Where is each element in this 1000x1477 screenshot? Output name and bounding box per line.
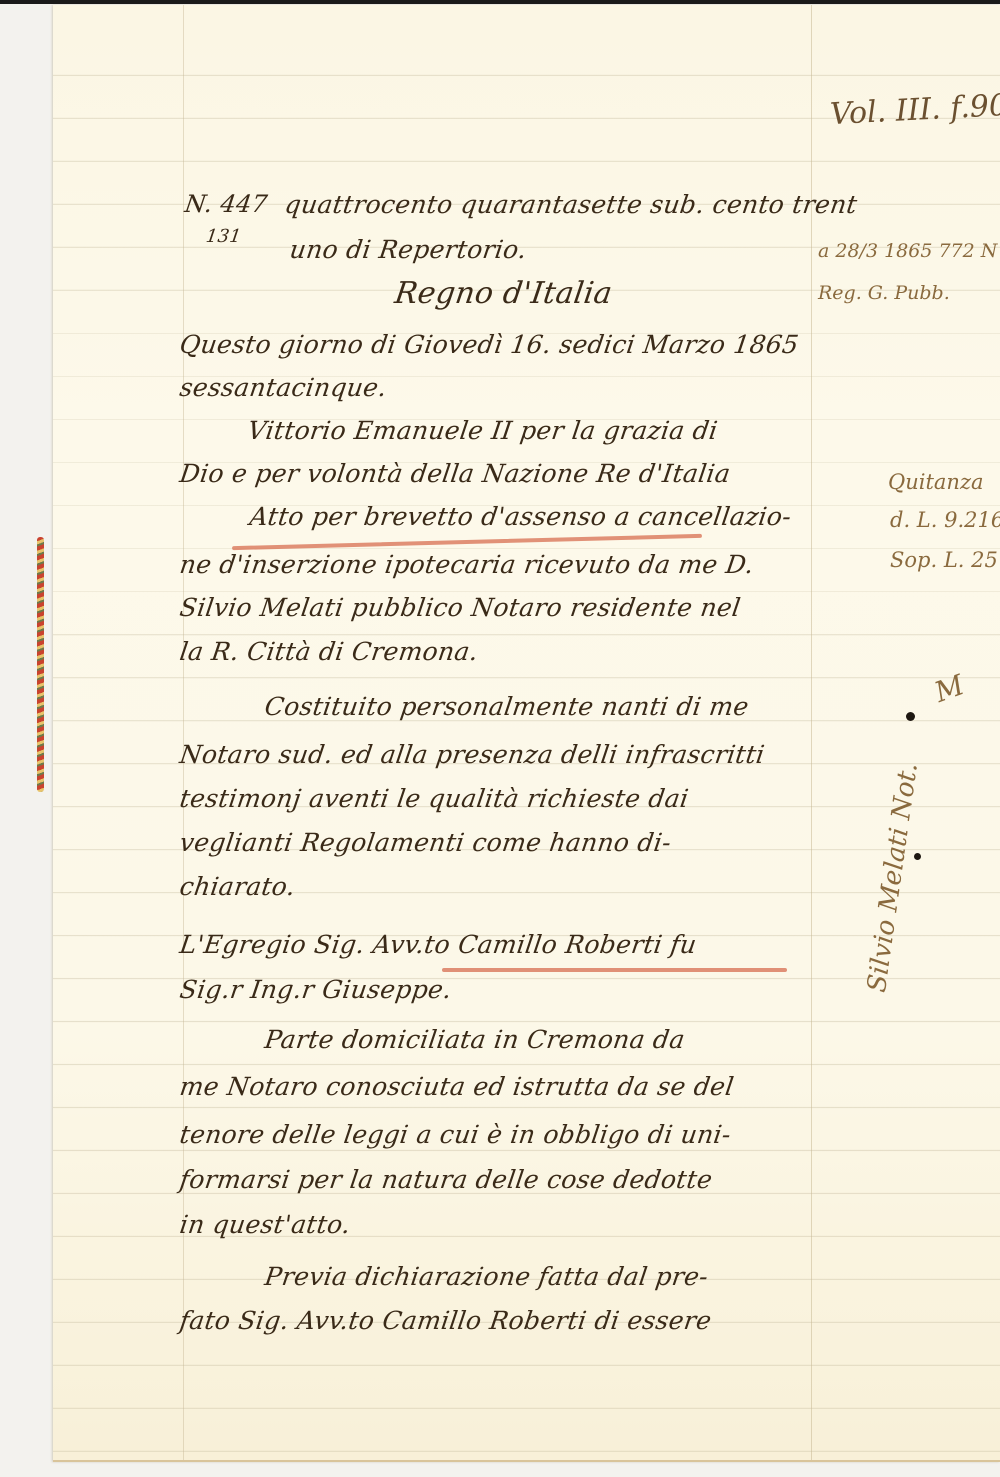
body-line-15: veglianti Regolamenti come hanno di- xyxy=(178,828,673,857)
body-line-21: tenore delle leggi a cui è in obbligo di… xyxy=(178,1120,733,1149)
ink-blot xyxy=(914,853,921,860)
registration-note-line2: Reg. G. Pubb. xyxy=(818,282,950,304)
right-margin-rule xyxy=(811,5,812,1460)
body-line-19: Parte domiciliata in Cremona da xyxy=(263,1025,687,1054)
scan-top-border xyxy=(0,0,1000,4)
left-margin-rule xyxy=(183,5,184,1460)
quittance-amount-1: d. L. 9.216 xyxy=(890,508,1000,532)
heading-regno-d-italia: Regno d'Italia xyxy=(393,276,615,311)
body-line-25: fato Sig. Avv.to Camillo Roberti di esse… xyxy=(178,1306,713,1335)
body-line-1: quattrocento quarantasette sub. cento tr… xyxy=(283,190,859,219)
body-line-20: me Notaro conosciuta ed istrutta da se d… xyxy=(178,1072,736,1101)
party-name-line-1: L'Egregio Sig. Avv.to Camillo Roberti fu xyxy=(178,930,699,959)
ink-blot xyxy=(906,712,915,721)
body-line-12: Costituito personalmente nanti di me xyxy=(263,692,751,721)
manuscript-page xyxy=(53,5,1000,1462)
body-line-13: Notaro sud. ed alla presenza delli infra… xyxy=(178,740,767,769)
repertory-sub-number: 131 xyxy=(205,226,243,247)
body-line-11: la R. Città di Cremona. xyxy=(178,637,480,666)
body-line-24: Previa dichiarazione fatta dal pre- xyxy=(263,1262,710,1291)
body-line-10: Silvio Melati pubblico Notaro residente … xyxy=(178,593,743,622)
body-line-22: formarsi per la natura delle cose dedott… xyxy=(178,1165,714,1194)
body-line-4: Questo giorno di Giovedì 16. sedici Marz… xyxy=(178,330,801,359)
quittance-note: Quitanza xyxy=(888,470,984,494)
body-line-14: testimonj aventi le qualità richieste da… xyxy=(178,784,691,813)
repertory-number: N. 447 xyxy=(183,190,269,218)
body-line-6: Vittorio Emanuele II per la grazia di xyxy=(246,416,720,445)
ruled-lines xyxy=(53,5,1000,1460)
quittance-amount-2: Sop. L. 25 xyxy=(890,548,998,572)
deed-title-line-2: ne d'inserzione ipotecaria ricevuto da m… xyxy=(178,550,756,579)
binding-cord xyxy=(37,537,44,792)
body-line-23: in quest'atto. xyxy=(178,1210,353,1239)
party-name-line-2: Sig.r Ing.r Giuseppe. xyxy=(178,975,454,1004)
body-line-2: uno di Repertorio. xyxy=(288,235,529,264)
deed-title-line-1: Atto per brevetto d'assenso a cancellazi… xyxy=(248,502,793,531)
body-line-7: Dio e per volontà della Nazione Re d'Ita… xyxy=(178,459,732,488)
red-pencil-underline-name xyxy=(442,968,787,972)
registration-note-line1: a 28/3 1865 772 N xyxy=(818,240,997,262)
body-line-5: sessantacinque. xyxy=(178,373,389,402)
body-line-16: chiarato. xyxy=(178,872,297,901)
